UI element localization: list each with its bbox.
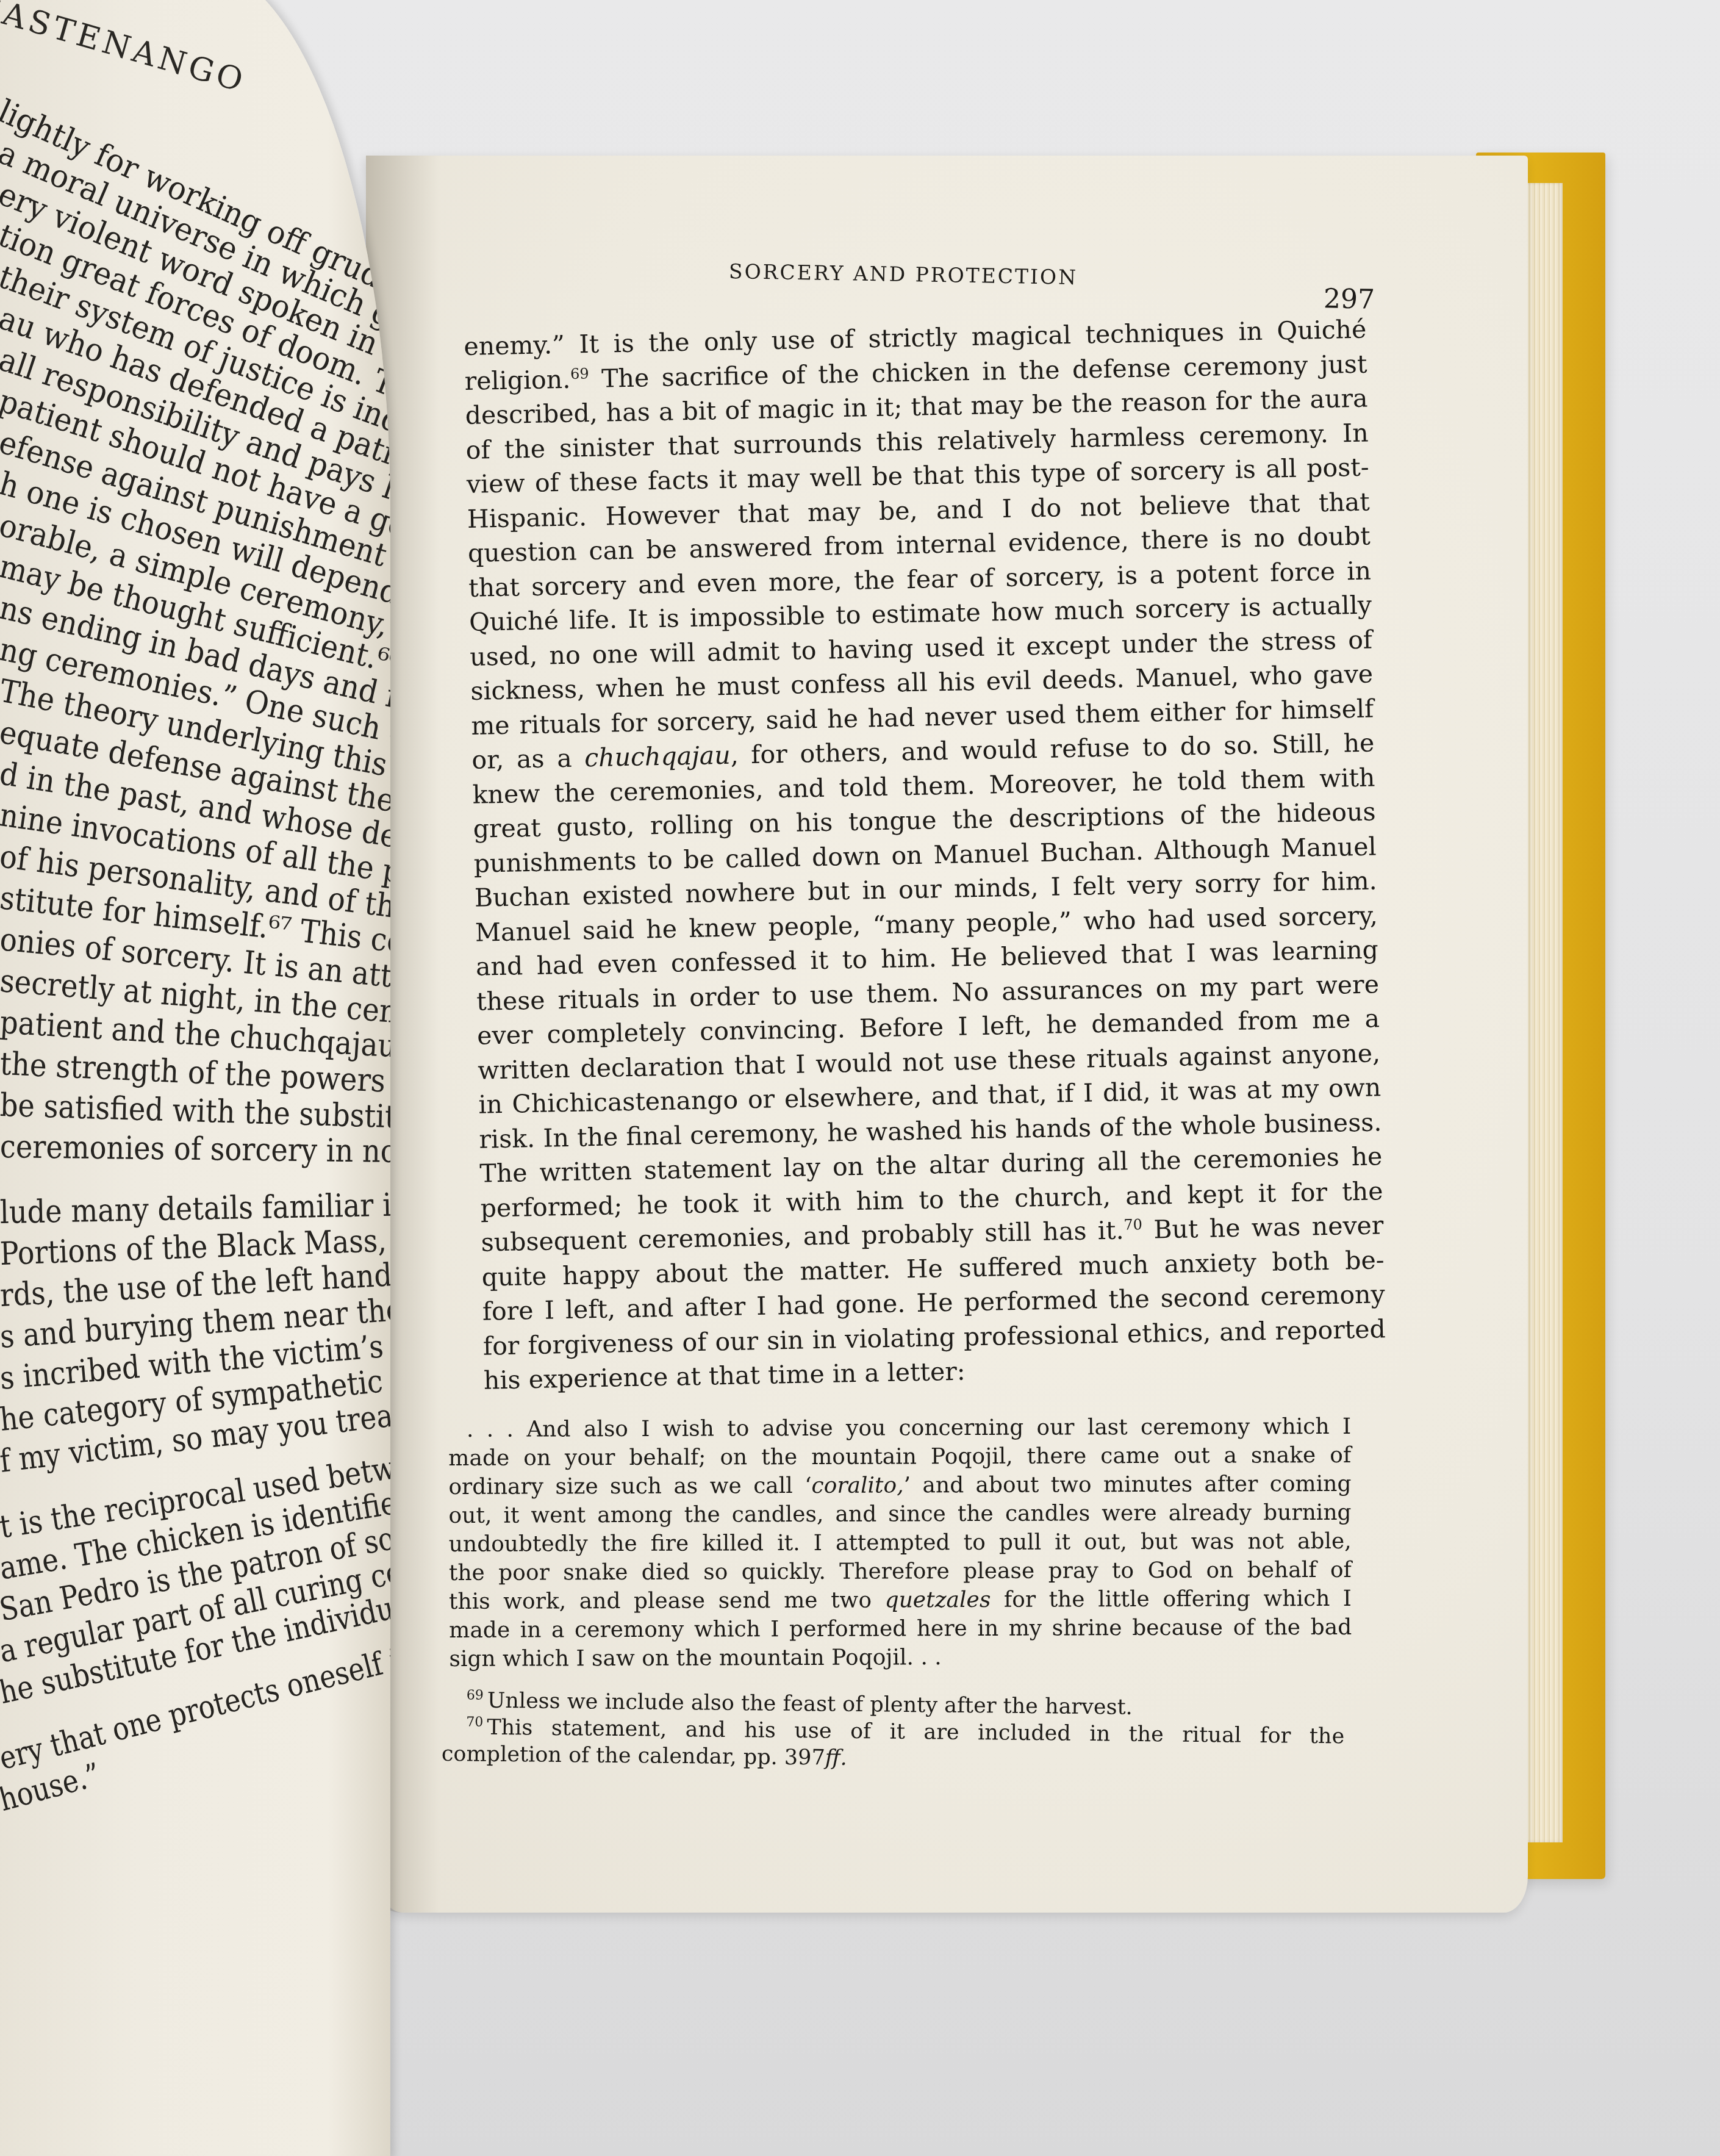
left-page: CASTENANGO lightly for working off grudg… bbox=[0, 0, 390, 2156]
quote-line: ordinary size such as we call ‘coralito,… bbox=[448, 1470, 1351, 1501]
footnote-reference: 70 bbox=[1123, 1216, 1142, 1234]
footnote-reference: 69 bbox=[570, 365, 589, 383]
quote-line: sign which I saw on the mountain Poqojil… bbox=[449, 1642, 1352, 1673]
quote-line: made in a ceremony which I performed her… bbox=[449, 1613, 1352, 1645]
book-photo: SORCERY AND PROTECTION 297 enemy.” It is… bbox=[0, 0, 1720, 2156]
main-body-text: enemy.” It is the only use of strictly m… bbox=[464, 312, 1386, 1398]
quote-line: out, it went among the candles, and sinc… bbox=[448, 1498, 1351, 1530]
quote-line: this work, and please send me two quetza… bbox=[449, 1584, 1352, 1616]
footnotes: 69Unless we include also the feast of pl… bbox=[442, 1687, 1345, 1777]
quote-line: . . . And also I wish to advise you conc… bbox=[448, 1412, 1351, 1444]
block-quote-letter: . . . And also I wish to advise you conc… bbox=[448, 1412, 1352, 1673]
quote-line: made on your behalf; on the mountain Poq… bbox=[448, 1441, 1351, 1473]
quote-line: undoubtedly the fire killed it. I attemp… bbox=[449, 1527, 1352, 1559]
left-page-line: ceremonies of sorcery in not being bbox=[0, 1129, 390, 1171]
quote-line: the poor snake died so quickly. Therefor… bbox=[449, 1556, 1352, 1587]
left-running-head: CASTENANGO bbox=[0, 0, 251, 100]
page-number: 297 bbox=[1324, 283, 1375, 315]
